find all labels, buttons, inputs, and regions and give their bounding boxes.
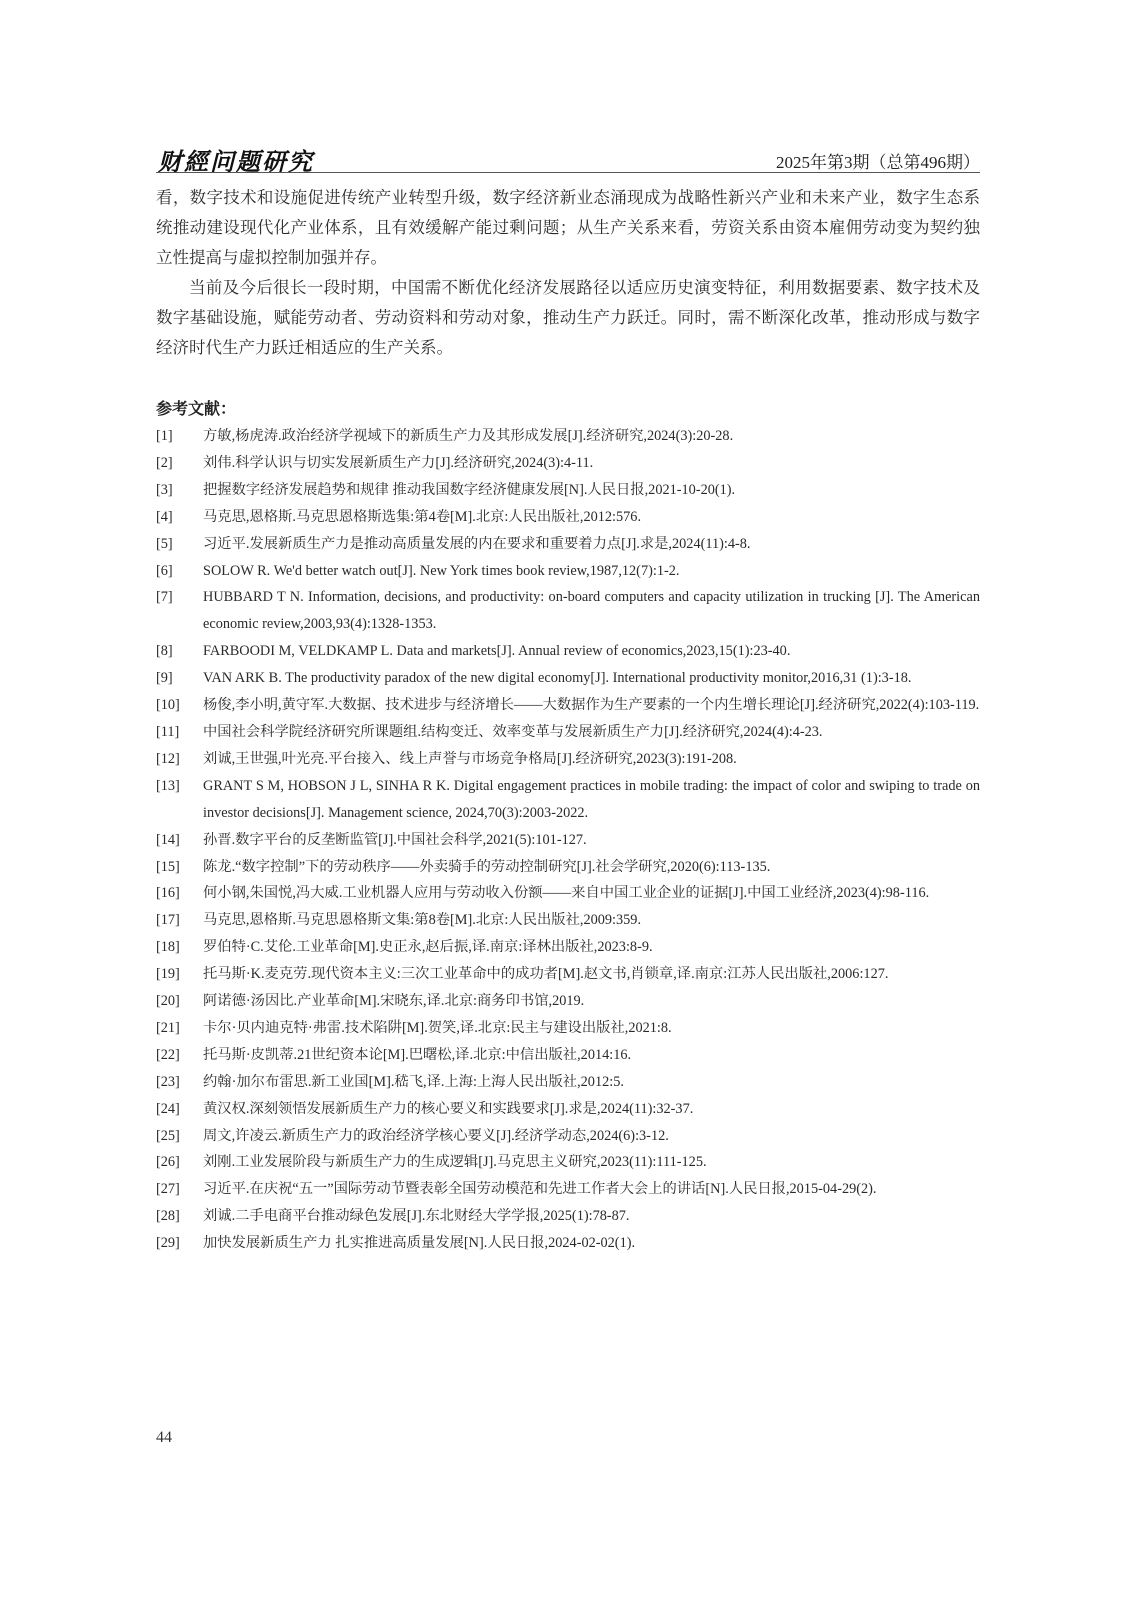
reference-text: 周文,许凌云.新质生产力的政治经济学核心要义[J].经济学动态,2024(6):…: [203, 1128, 669, 1144]
reference-text: GRANT S M, HOBSON J L, SINHA R K. Digita…: [203, 778, 980, 821]
reference-item: [12]刘诚,王世强,叶光亮.平台接入、线上声誉与市场竞争格局[J].经济研究,…: [156, 746, 980, 773]
reference-item: [3]把握数字经济发展趋势和规律 推动我国数字经济健康发展[N].人民日报,20…: [156, 477, 980, 504]
reference-number: [16]: [156, 880, 180, 907]
reference-text: 刘伟.科学认识与切实发展新质生产力[J].经济研究,2024(3):4-11.: [203, 455, 593, 471]
reference-text: 习近平.在庆祝“五一”国际劳动节暨表彰全国劳动模范和先进工作者大会上的讲话[N]…: [203, 1181, 877, 1197]
reference-item: [28]刘诚.二手电商平台推动绿色发展[J].东北财经大学学报,2025(1):…: [156, 1203, 980, 1230]
reference-number: [6]: [156, 558, 173, 585]
reference-text: 阿诺德·汤因比.产业革命[M].宋晓东,译.北京:商务印书馆,2019.: [203, 993, 584, 1009]
reference-text: 刘诚.二手电商平台推动绿色发展[J].东北财经大学学报,2025(1):78-8…: [203, 1208, 630, 1224]
reference-item: [20]阿诺德·汤因比.产业革命[M].宋晓东,译.北京:商务印书馆,2019.: [156, 988, 980, 1015]
reference-item: [26]刘刚.工业发展阶段与新质生产力的生成逻辑[J].马克思主义研究,2023…: [156, 1149, 980, 1176]
reference-text: 刘诚,王世强,叶光亮.平台接入、线上声誉与市场竞争格局[J].经济研究,2023…: [203, 751, 737, 767]
reference-item: [22]托马斯·皮凯蒂.21世纪资本论[M].巴曙松,译.北京:中信出版社,20…: [156, 1042, 980, 1069]
header-rule: [156, 172, 980, 173]
reference-item: [27]习近平.在庆祝“五一”国际劳动节暨表彰全国劳动模范和先进工作者大会上的讲…: [156, 1176, 980, 1203]
paragraph: 看，数字技术和设施促进传统产业转型升级，数字经济新业态涌现成为战略性新兴产业和未…: [156, 183, 980, 273]
reference-item: [11]中国社会科学院经济研究所课题组.结构变迁、效率变革与发展新质生产力[J]…: [156, 719, 980, 746]
reference-item: [4]马克思,恩格斯.马克思恩格斯选集:第4卷[M].北京:人民出版社,2012…: [156, 504, 980, 531]
reference-text: 中国社会科学院经济研究所课题组.结构变迁、效率变革与发展新质生产力[J].经济研…: [203, 724, 823, 740]
reference-item: [5]习近平.发展新质生产力是推动高质量发展的内在要求和重要着力点[J].求是,…: [156, 531, 980, 558]
reference-item: [21]卡尔·贝内迪克特·弗雷.技术陷阱[M].贺笑,译.北京:民主与建设出版社…: [156, 1015, 980, 1042]
reference-text: 何小钢,朱国悦,冯大威.工业机器人应用与劳动收入份额——来自中国工业企业的证据[…: [203, 885, 929, 901]
reference-number: [14]: [156, 827, 180, 854]
reference-number: [20]: [156, 988, 180, 1015]
reference-text: 把握数字经济发展趋势和规律 推动我国数字经济健康发展[N].人民日报,2021-…: [203, 482, 735, 498]
reference-text: 刘刚.工业发展阶段与新质生产力的生成逻辑[J].马克思主义研究,2023(11)…: [203, 1154, 707, 1170]
reference-text: 约翰·加尔布雷思.新工业国[M].嵇飞,译.上海:上海人民出版社,2012:5.: [203, 1074, 624, 1090]
reference-item: [10]杨俊,李小明,黄守军.大数据、技术进步与经济增长——大数据作为生产要素的…: [156, 692, 980, 719]
reference-text: 杨俊,李小明,黄守军.大数据、技术进步与经济增长——大数据作为生产要素的一个内生…: [203, 697, 979, 713]
reference-text: VAN ARK B. The productivity paradox of t…: [203, 670, 911, 686]
issue-info: 2025年第3期（总第496期）: [776, 148, 980, 173]
reference-number: [19]: [156, 961, 180, 988]
reference-text: HUBBARD T N. Information, decisions, and…: [203, 589, 980, 632]
reference-item: [7]HUBBARD T N. Information, decisions, …: [156, 584, 980, 638]
running-header: 财經问题研究 2025年第3期（总第496期）: [156, 142, 980, 172]
reference-text: 孙晋.数字平台的反垄断监管[J].中国社会科学,2021(5):101-127.: [203, 832, 587, 848]
references-heading: 参考文献：: [156, 396, 236, 419]
reference-item: [24]黄汉权.深刻领悟发展新质生产力的核心要义和实践要求[J].求是,2024…: [156, 1096, 980, 1123]
reference-number: [13]: [156, 773, 180, 800]
reference-text: 马克思,恩格斯.马克思恩格斯选集:第4卷[M].北京:人民出版社,2012:57…: [203, 509, 641, 525]
reference-number: [10]: [156, 692, 180, 719]
reference-number: [27]: [156, 1176, 180, 1203]
reference-number: [12]: [156, 746, 180, 773]
reference-item: [19]托马斯·K.麦克劳.现代资本主义:三次工业革命中的成功者[M].赵文书,…: [156, 961, 980, 988]
reference-item: [18]罗伯特·C.艾伦.工业革命[M].史正永,赵后振,译.南京:译林出版社,…: [156, 934, 980, 961]
reference-number: [4]: [156, 504, 173, 531]
reference-text: 习近平.发展新质生产力是推动高质量发展的内在要求和重要着力点[J].求是,202…: [203, 536, 751, 552]
reference-item: [13]GRANT S M, HOBSON J L, SINHA R K. Di…: [156, 773, 980, 827]
reference-number: [11]: [156, 719, 179, 746]
reference-text: 加快发展新质生产力 扎实推进高质量发展[N].人民日报,2024-02-02(1…: [203, 1235, 635, 1251]
reference-item: [9]VAN ARK B. The productivity paradox o…: [156, 665, 980, 692]
reference-item: [6]SOLOW R. We'd better watch out[J]. Ne…: [156, 558, 980, 585]
page-number: 44: [156, 1429, 172, 1447]
reference-number: [17]: [156, 907, 180, 934]
reference-number: [28]: [156, 1203, 180, 1230]
reference-number: [7]: [156, 584, 173, 611]
reference-item: [8]FARBOODI M, VELDKAMP L. Data and mark…: [156, 638, 980, 665]
reference-number: [9]: [156, 665, 173, 692]
reference-number: [21]: [156, 1015, 180, 1042]
reference-text: 托马斯·K.麦克劳.现代资本主义:三次工业革命中的成功者[M].赵文书,肖锁章,…: [203, 966, 888, 982]
reference-text: 卡尔·贝内迪克特·弗雷.技术陷阱[M].贺笑,译.北京:民主与建设出版社,202…: [203, 1020, 672, 1036]
reference-item: [29]加快发展新质生产力 扎实推进高质量发展[N].人民日报,2024-02-…: [156, 1230, 980, 1257]
reference-list: [1]方敏,杨虎涛.政治经济学视域下的新质生产力及其形成发展[J].经济研究,2…: [156, 423, 980, 1257]
reference-number: [5]: [156, 531, 173, 558]
reference-text: 方敏,杨虎涛.政治经济学视域下的新质生产力及其形成发展[J].经济研究,2024…: [203, 428, 733, 444]
reference-text: 罗伯特·C.艾伦.工业革命[M].史正永,赵后振,译.南京:译林出版社,2023…: [203, 939, 653, 955]
paragraph: 当前及今后很长一段时期，中国需不断优化经济发展路径以适应历史演变特征，利用数据要…: [156, 273, 980, 363]
body-text: 看，数字技术和设施促进传统产业转型升级，数字经济新业态涌现成为战略性新兴产业和未…: [156, 183, 980, 363]
reference-number: [2]: [156, 450, 173, 477]
reference-text: 黄汉权.深刻领悟发展新质生产力的核心要义和实践要求[J].求是,2024(11)…: [203, 1101, 693, 1117]
reference-number: [1]: [156, 423, 173, 450]
reference-number: [18]: [156, 934, 180, 961]
reference-number: [3]: [156, 477, 173, 504]
reference-item: [1]方敏,杨虎涛.政治经济学视域下的新质生产力及其形成发展[J].经济研究,2…: [156, 423, 980, 450]
reference-item: [17]马克思,恩格斯.马克思恩格斯文集:第8卷[M].北京:人民出版社,200…: [156, 907, 980, 934]
reference-item: [14]孙晋.数字平台的反垄断监管[J].中国社会科学,2021(5):101-…: [156, 827, 980, 854]
reference-number: [26]: [156, 1149, 180, 1176]
reference-number: [29]: [156, 1230, 180, 1257]
reference-number: [24]: [156, 1096, 180, 1123]
reference-text: SOLOW R. We'd better watch out[J]. New Y…: [203, 563, 679, 579]
reference-item: [23]约翰·加尔布雷思.新工业国[M].嵇飞,译.上海:上海人民出版社,201…: [156, 1069, 980, 1096]
reference-number: [15]: [156, 854, 180, 881]
reference-item: [25]周文,许凌云.新质生产力的政治经济学核心要义[J].经济学动态,2024…: [156, 1123, 980, 1150]
reference-item: [2]刘伟.科学认识与切实发展新质生产力[J].经济研究,2024(3):4-1…: [156, 450, 980, 477]
reference-text: FARBOODI M, VELDKAMP L. Data and markets…: [203, 643, 790, 659]
reference-number: [23]: [156, 1069, 180, 1096]
reference-number: [22]: [156, 1042, 180, 1069]
reference-number: [8]: [156, 638, 173, 665]
reference-text: 托马斯·皮凯蒂.21世纪资本论[M].巴曙松,译.北京:中信出版社,2014:1…: [203, 1047, 631, 1063]
reference-text: 马克思,恩格斯.马克思恩格斯文集:第8卷[M].北京:人民出版社,2009:35…: [203, 912, 641, 928]
reference-item: [15]陈龙.“数字控制”下的劳动秩序——外卖骑手的劳动控制研究[J].社会学研…: [156, 854, 980, 881]
reference-number: [25]: [156, 1123, 180, 1150]
reference-item: [16]何小钢,朱国悦,冯大威.工业机器人应用与劳动收入份额——来自中国工业企业…: [156, 880, 980, 907]
reference-text: 陈龙.“数字控制”下的劳动秩序——外卖骑手的劳动控制研究[J].社会学研究,20…: [203, 859, 770, 875]
